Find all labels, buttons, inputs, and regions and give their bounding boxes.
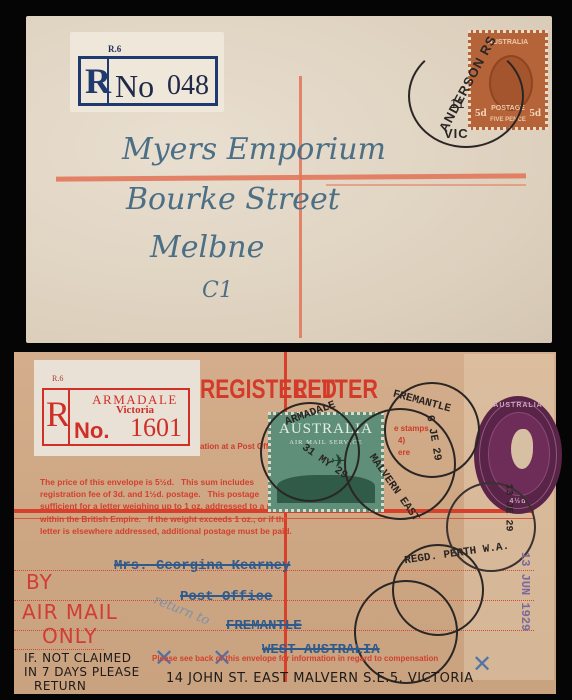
compensation-notice: Please see back of this envelope for inf… (152, 654, 438, 663)
registration-letter: R (46, 394, 70, 434)
registration-label-box: R ARMADALE Victoria No. 1601 (42, 388, 190, 446)
registered-fremantle-postmark (354, 580, 458, 684)
not-claimed-line-2: IN 7 DAYS PLEASE (24, 666, 140, 679)
registration-number: 1601 (130, 413, 182, 443)
registration-crossing-shadow (326, 184, 526, 186)
typed-address-line-1: Mrs. Georgina Kearney (114, 558, 290, 574)
embossed-country: AUSTRALIA (474, 402, 562, 409)
registration-number: 048 (167, 71, 209, 101)
typed-address-line-2: Post Office (180, 589, 272, 605)
fremantle-2-date: 13 JE 29 (503, 483, 514, 531)
address-line-1: Myers Emporium (122, 132, 386, 167)
bottom-envelope: REGISTERED LETTER R.6 R ARMADALE Victori… (14, 352, 556, 694)
address-line-4: C1 (202, 278, 233, 303)
address-line-2: Bourke Street (126, 182, 340, 217)
form-code: R.6 (52, 374, 63, 383)
address-rule-4 (14, 649, 104, 650)
postmark-date: 11 (450, 96, 466, 111)
not-claimed-line-3: RETURN (34, 680, 86, 693)
registration-label-box: R No 048 (78, 56, 218, 106)
king-portrait-icon (511, 429, 533, 469)
typed-address-line-3: FREMANTLE (226, 618, 302, 634)
registration-label-blue: R.6 R No 048 (70, 32, 224, 112)
registration-label-red: R.6 R ARMADALE Victoria No. 1601 (34, 360, 200, 456)
blue-cross-mark-3: ✕ (472, 650, 492, 678)
violet-date-stamp: 13 JUN 1929 (518, 552, 532, 631)
stamp-denomination-right: 5d (529, 107, 541, 119)
by-air-mail-line-1: BY (26, 570, 53, 594)
price-notice: The price of this envelope is 5½d. This … (40, 476, 292, 537)
return-address: 14 JOHN ST. EAST MALVERN S.E.5. VICTORIA (166, 672, 474, 685)
title-letter: LETTER (294, 374, 378, 405)
top-envelope: R.6 R No 048 AUSTRALIA POSTAGE FIVE PENC… (26, 16, 552, 343)
registration-crossing-horizontal (56, 173, 526, 181)
number-prefix: No (115, 69, 154, 103)
number-prefix: No. (74, 418, 109, 444)
not-claimed-line-1: IF. NOT CLAIMED (24, 652, 131, 665)
address-line-3: Melbne (150, 230, 264, 265)
form-code: R.6 (108, 44, 121, 54)
registration-letter: R (85, 61, 111, 101)
by-air-mail-line-2: AIR MAIL (22, 600, 118, 624)
postmark-state: VIC (444, 126, 469, 141)
by-air-mail-line-3: ONLY (42, 624, 97, 648)
